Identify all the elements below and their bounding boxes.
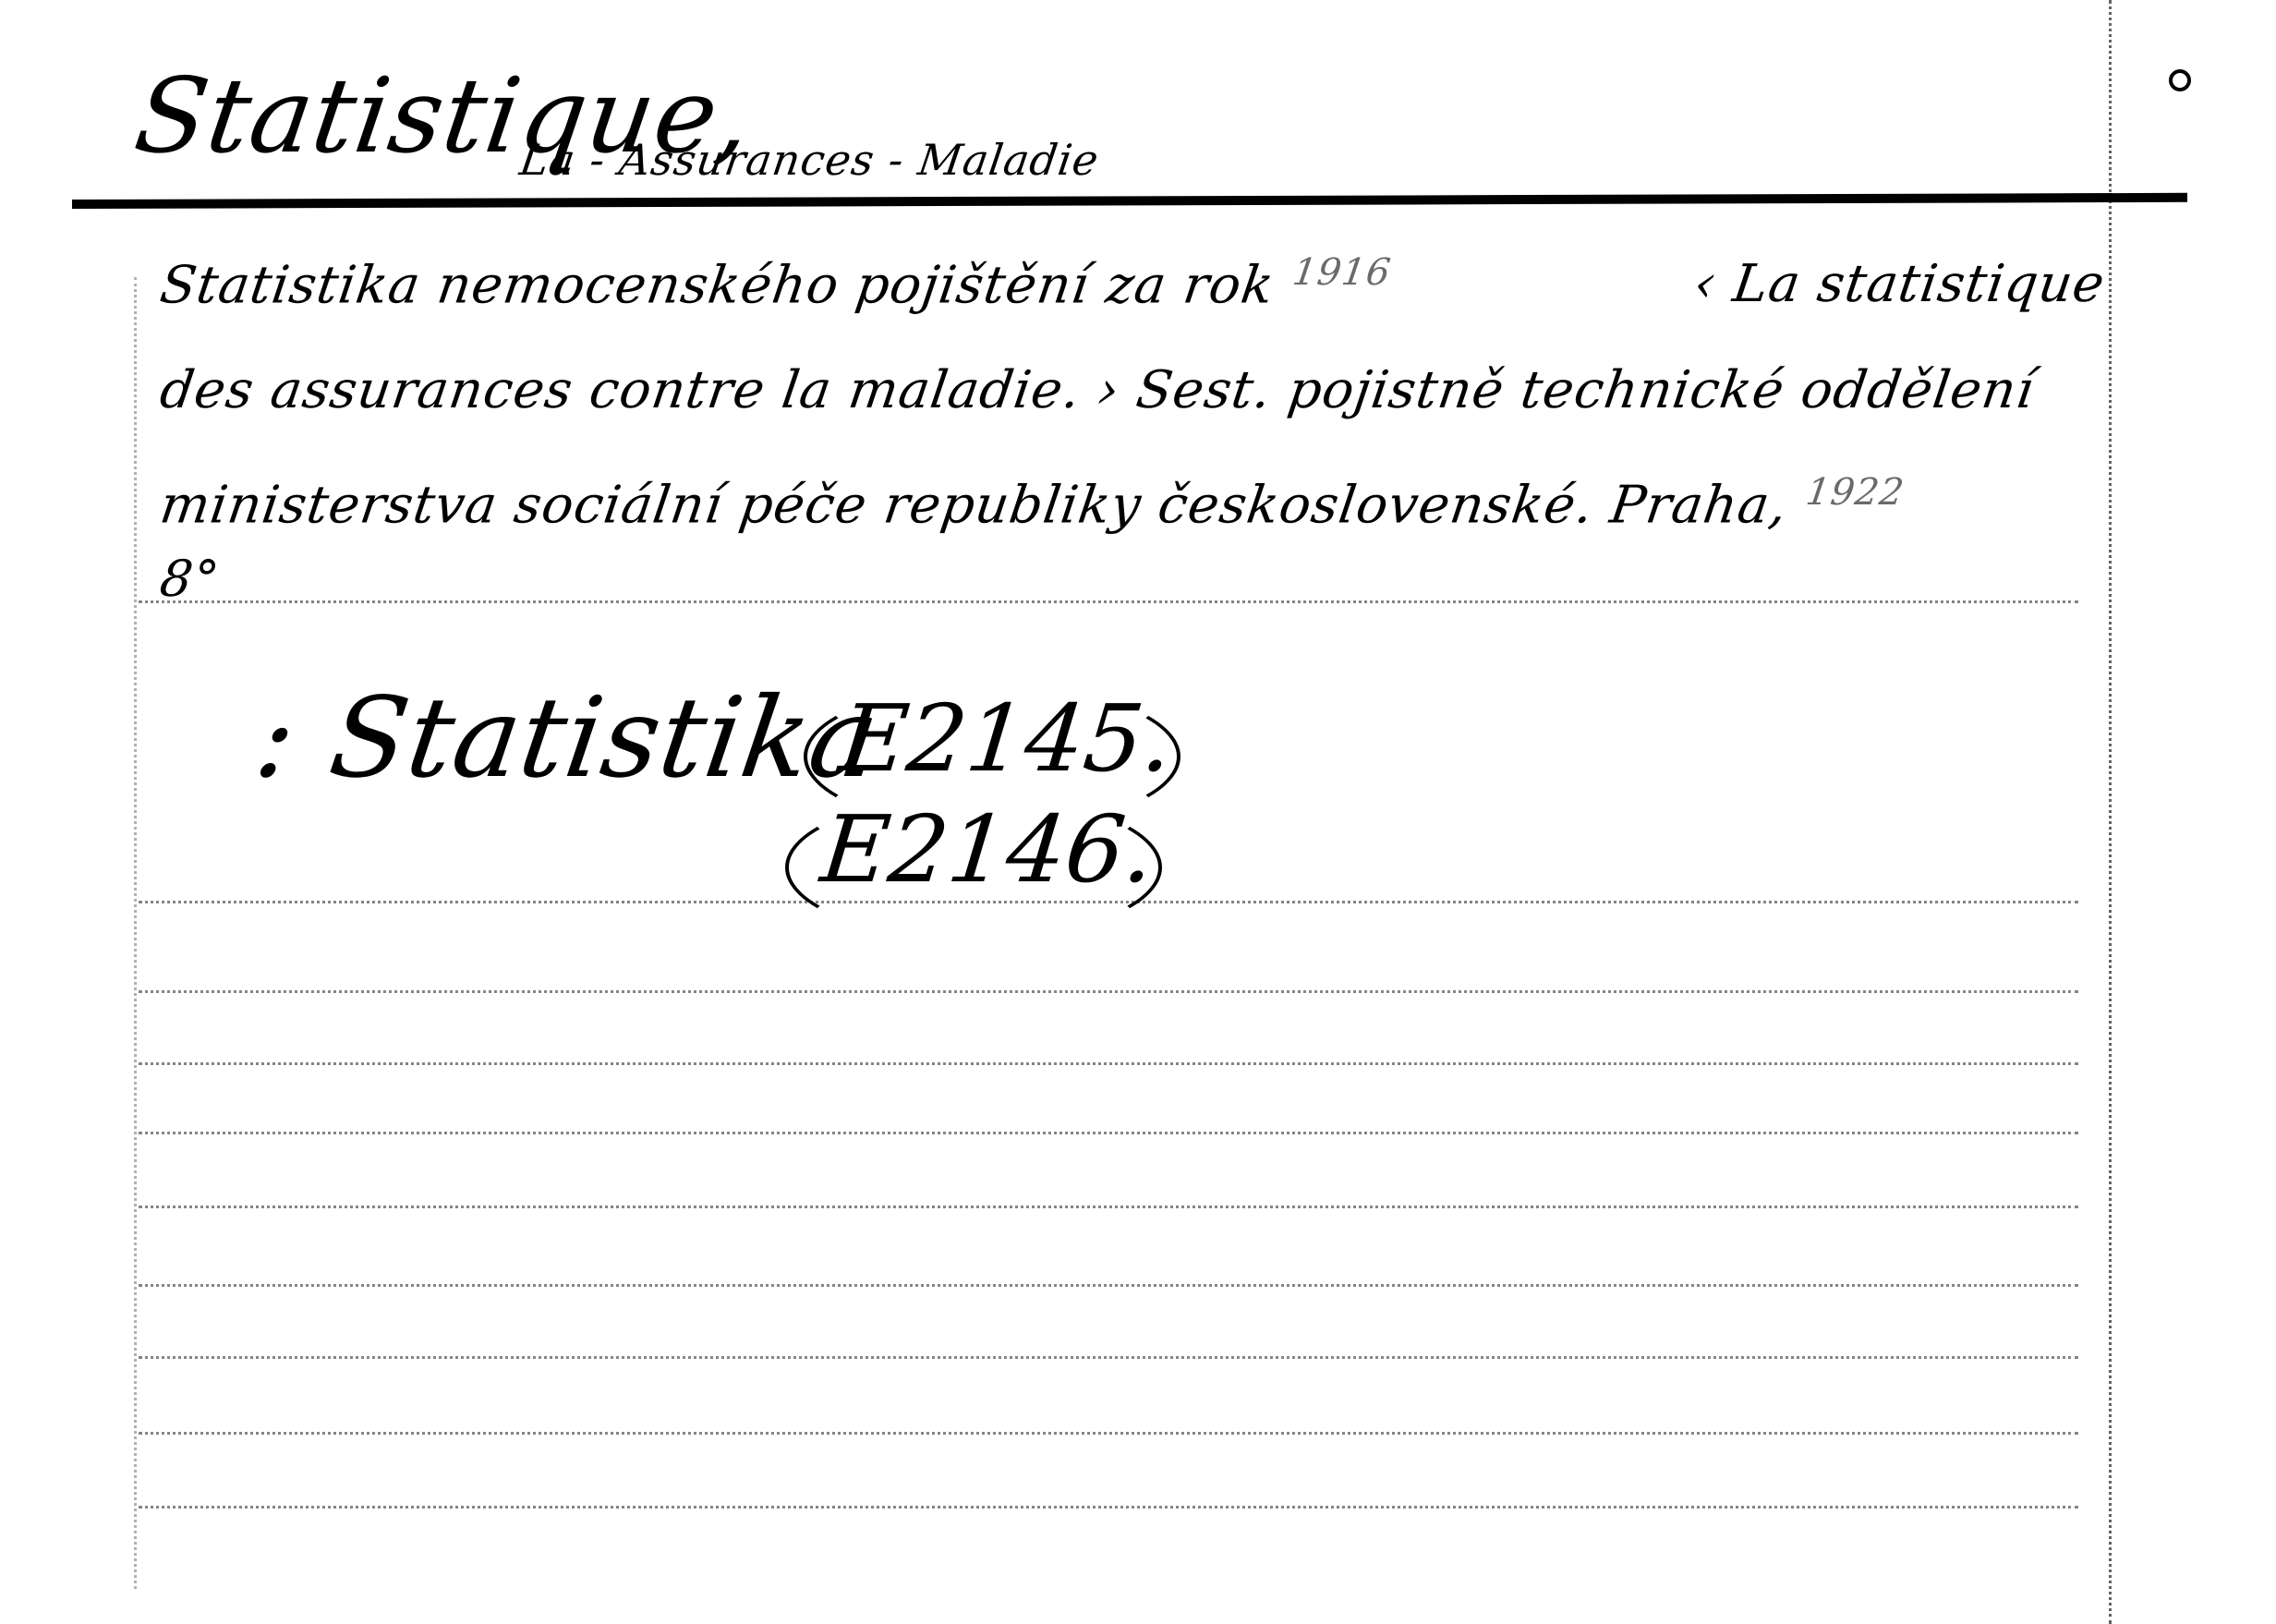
call-number: E2146. xyxy=(817,804,1159,896)
entry-line-1: Statistika nemocenského pojištění za rok… xyxy=(157,254,1393,312)
heading-rule xyxy=(72,193,2187,209)
punch-hole-mark xyxy=(2169,69,2191,91)
entry-line-2: des assurances contre la maladie. › Sest… xyxy=(157,365,2038,417)
entry-publisher: ministerstva sociální péče republiky čes… xyxy=(156,476,1791,536)
entry-line-1-french-title: ‹ La statistique xyxy=(1690,254,2109,314)
entry-title: Statistika nemocenského pojištění za rok xyxy=(156,256,1277,316)
ruling-line xyxy=(139,1356,2078,1359)
ruling-line xyxy=(139,600,2078,603)
catalog-card: Statistique, La - Assurances - Maladie S… xyxy=(0,0,2276,1624)
subject-heading: : Statistika xyxy=(249,684,885,794)
ruling-line xyxy=(139,990,2078,993)
right-margin-dotted-line xyxy=(2109,0,2112,1624)
ruling-line xyxy=(139,1206,2078,1208)
entry-line-3: ministerstva sociální péče republiky čes… xyxy=(157,474,1907,532)
ruling-line xyxy=(139,1506,2078,1509)
ruling-line xyxy=(139,1284,2078,1287)
entry-format: 8° xyxy=(157,554,223,604)
call-number: E2145. xyxy=(836,693,1178,785)
heading-subtitle: La - Assurances - Maladie xyxy=(517,139,1102,181)
ruling-line xyxy=(139,1062,2078,1065)
call-numbers: E2145. E2146. xyxy=(804,693,1210,933)
ruling-line xyxy=(139,1432,2078,1435)
ruling-line xyxy=(139,1132,2078,1134)
left-margin-dotted-line xyxy=(134,277,137,1589)
entry-publication-year: 1922 xyxy=(1803,471,1907,514)
entry-year: 1916 xyxy=(1290,251,1394,294)
